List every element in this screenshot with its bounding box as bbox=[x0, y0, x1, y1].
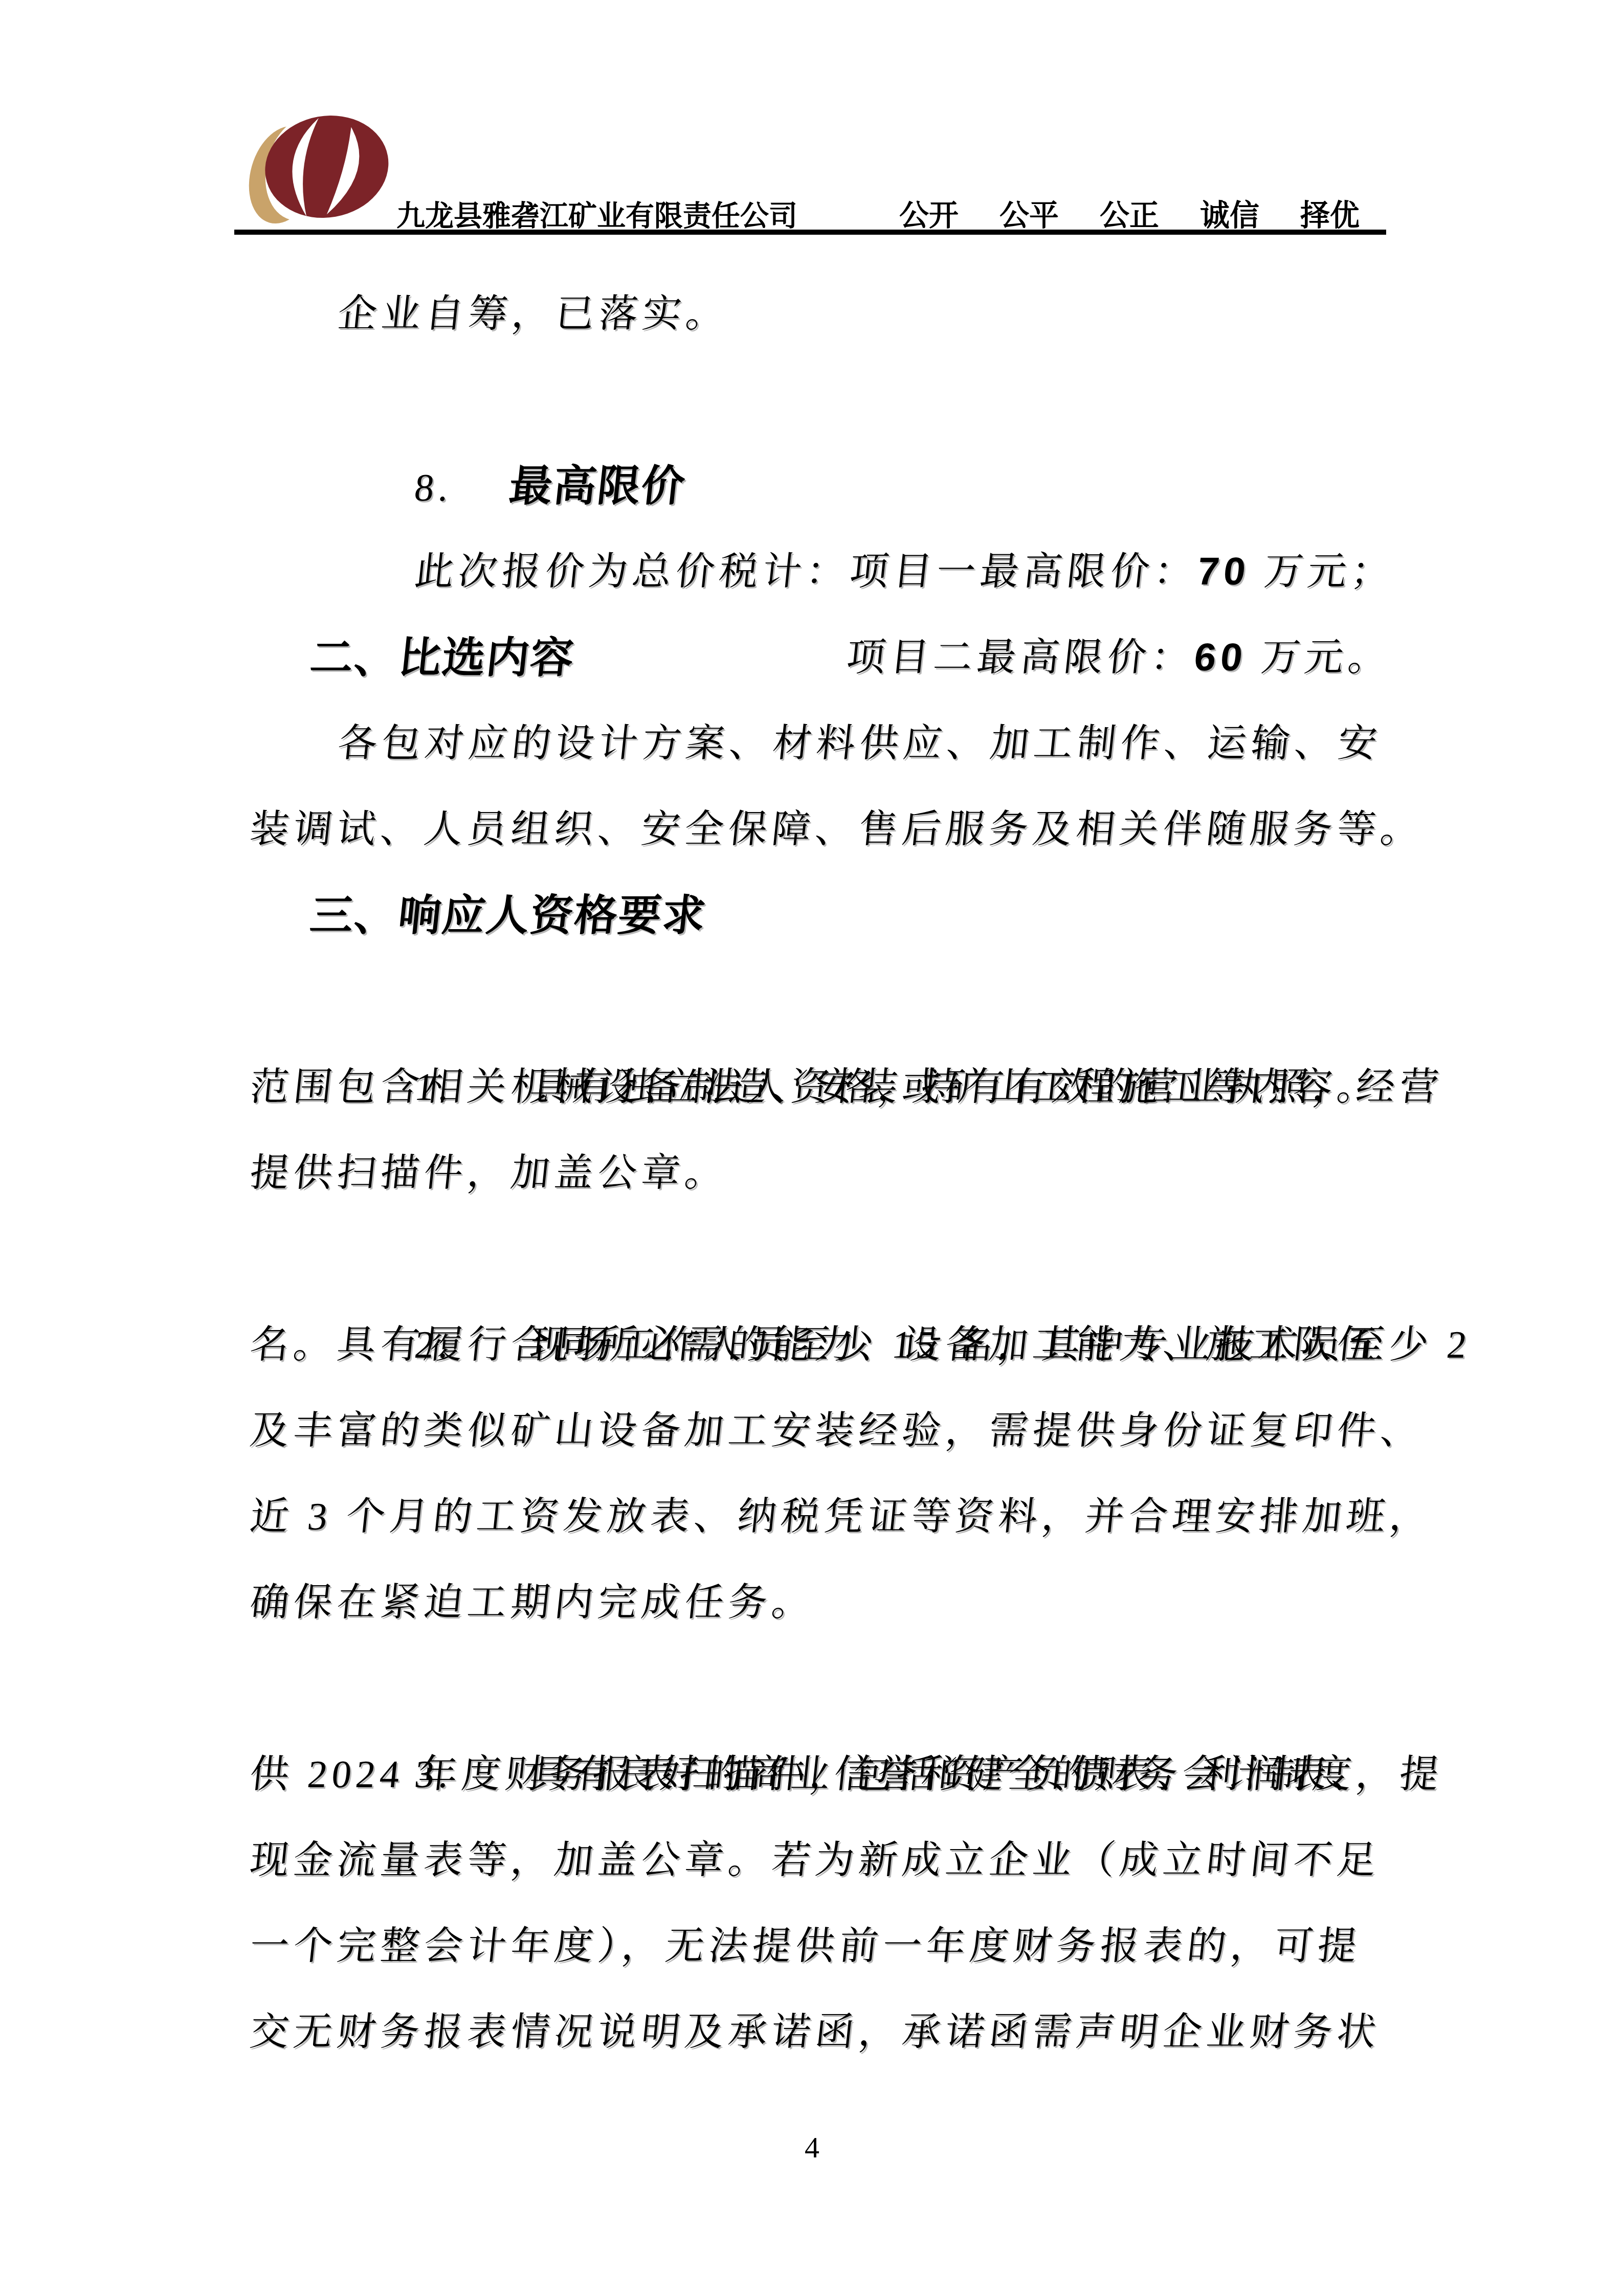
list-item-8: 8.最高限价 bbox=[246, 357, 1447, 443]
page-number: 4 bbox=[0, 2130, 1624, 2166]
company-name: 九龙县雅砻江矿业有限责任公司 bbox=[396, 200, 797, 231]
paragraph-line: 一个完整会计年度），无法提供前一年度财务报表的，可提 bbox=[246, 1903, 1447, 1989]
list-item-1: 1.具有独立法人资格，持有有效的营业执照，经营 bbox=[246, 958, 1447, 1044]
document-body: 企业自筹，已落实。 8.最高限价 此次报价为总价税计：项目一最高限价：70 万元… bbox=[246, 271, 1437, 2075]
paragraph-line: 范围包含相关机械设备制造、安装或矿山工程施工等内容。 bbox=[246, 1044, 1447, 1130]
header-rule bbox=[234, 230, 1386, 235]
slogan-word: 诚信 bbox=[1200, 200, 1259, 231]
slogan-word: 公开 bbox=[899, 200, 959, 231]
list-item-3: 3.具有良好的商业信誉和健全的财务会计制度，提 bbox=[246, 1646, 1447, 1731]
list-item-2: 2.现场工作人员至少 15 名，其中专业技术员至少 2 bbox=[246, 1216, 1447, 1302]
paragraph-line: 供 2024 年度财务报表扫描件，包括资产负债表、利润表、 bbox=[246, 1731, 1447, 1817]
slogan-word: 公平 bbox=[999, 200, 1059, 231]
document-page: 九龙县雅砻江矿业有限责任公司 公开 公平 公正 诚信 择优 企业自筹，已落实。 … bbox=[0, 0, 1624, 2296]
price-line-1: 此次报价为总价税计：项目一最高限价：70 万元； bbox=[246, 443, 1447, 529]
paragraph-line: 提供扫描件，加盖公章。 bbox=[246, 1130, 1447, 1216]
company-logo-icon bbox=[247, 114, 389, 225]
paragraph-line: 确保在紧迫工期内完成任务。 bbox=[246, 1560, 1447, 1646]
paragraph-line: 近 3 个月的工资发放表、纳税凭证等资料，并合理安排加班， bbox=[246, 1474, 1447, 1560]
section-heading-3: 三、响应人资格要求 bbox=[246, 872, 1447, 958]
section-heading-2: 二、比选内容 bbox=[246, 615, 1447, 701]
paragraph-line: 装调试、人员组织、安全保障、售后服务及相关伴随服务等。 bbox=[246, 786, 1447, 872]
paragraph-line: 现金流量表等，加盖公章。若为新成立企业（成立时间不足 bbox=[246, 1817, 1447, 1903]
paragraph-line: 企业自筹，已落实。 bbox=[246, 271, 1447, 357]
paragraph-line: 交无财务报表情况说明及承诺函，承诺函需声明企业财务状 bbox=[246, 1989, 1447, 2075]
paragraph-line: 及丰富的类似矿山设备加工安装经验，需提供身份证复印件、 bbox=[246, 1388, 1447, 1474]
paragraph-line: 名。具有履行合同所必需的能力、设备加工能力、施工队伍 bbox=[246, 1302, 1447, 1388]
header-slogans: 公开 公平 公正 诚信 择优 bbox=[899, 200, 1360, 231]
price-line-2: 项目二最高限价：60 万元。 bbox=[246, 529, 1447, 615]
paragraph-line: 各包对应的设计方案、材料供应、加工制作、运输、安 bbox=[246, 701, 1447, 786]
slogan-word: 择优 bbox=[1300, 200, 1360, 231]
slogan-word: 公正 bbox=[1100, 200, 1159, 231]
